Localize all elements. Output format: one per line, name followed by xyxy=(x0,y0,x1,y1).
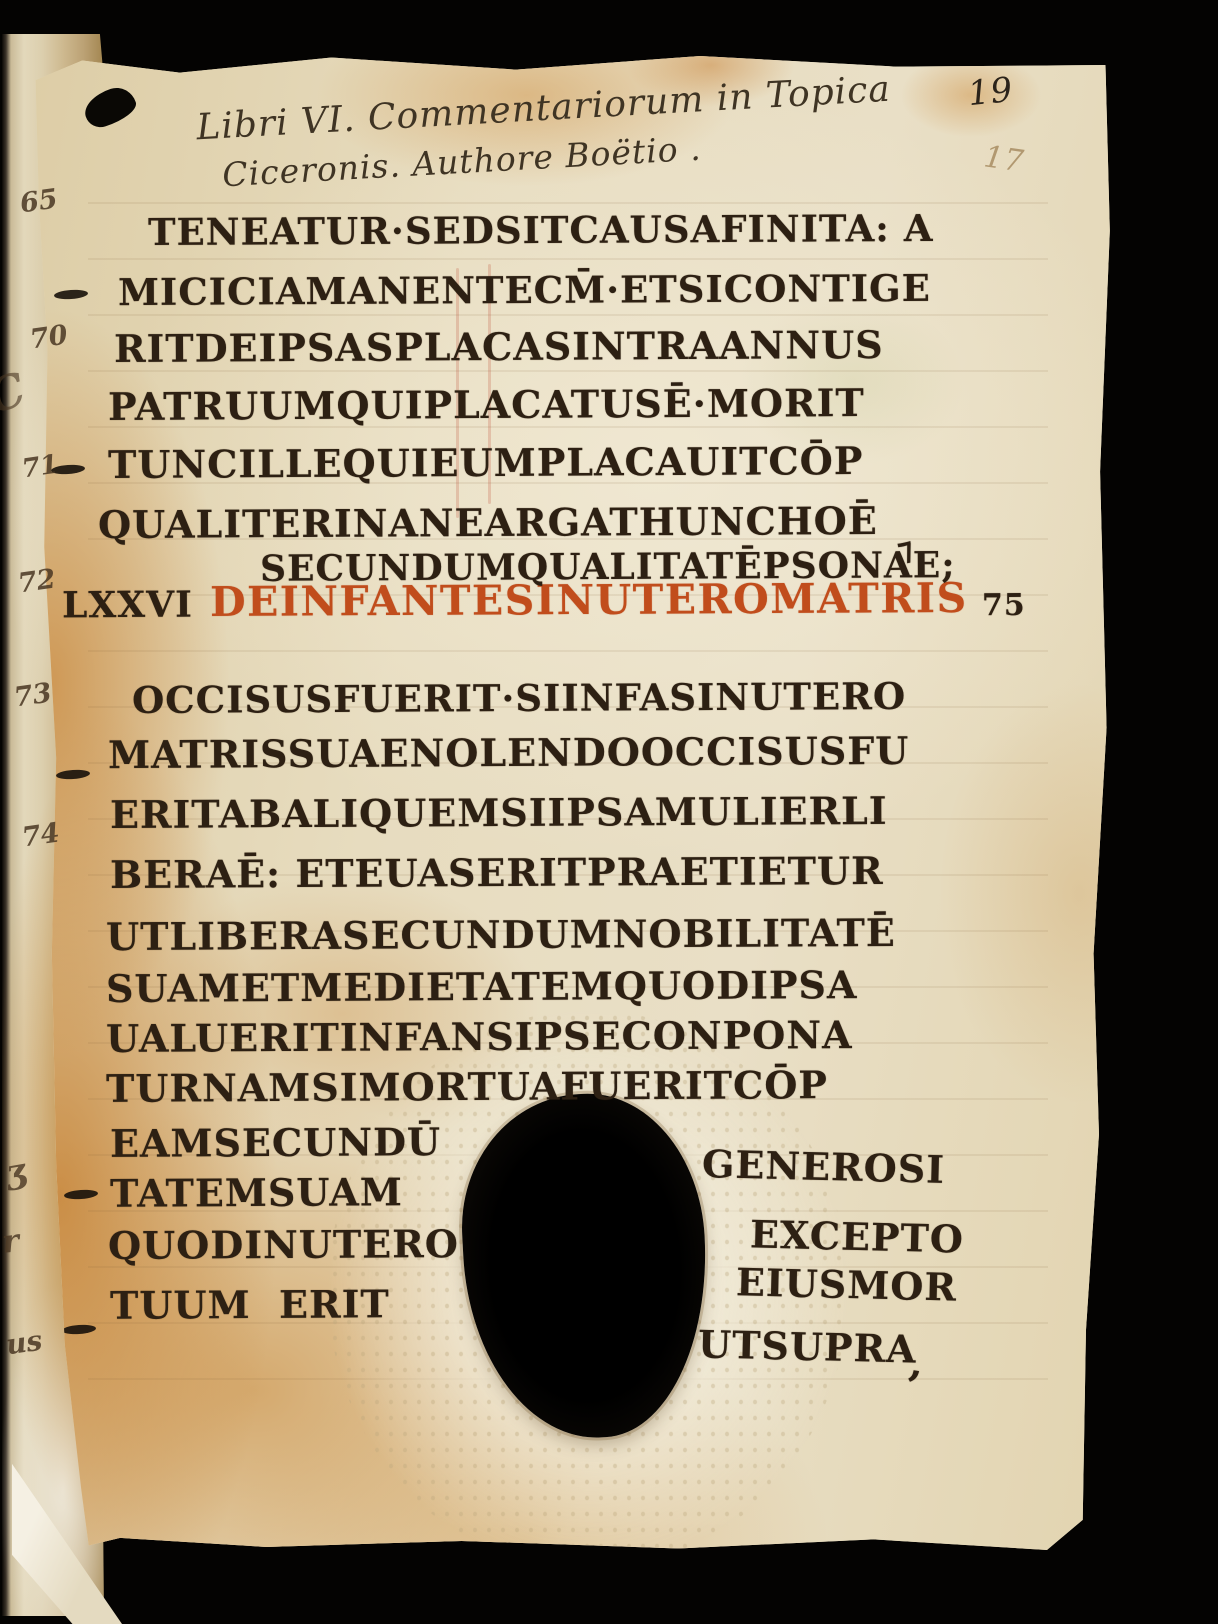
stub-margin-note: 65 xyxy=(18,184,60,220)
sewing-slit xyxy=(54,289,89,300)
page-number: 19 xyxy=(966,70,1015,115)
manuscript-line: GENEROSI xyxy=(701,1141,945,1192)
manuscript-line: OCCISUSFUERIT·SIINFASINUTERO xyxy=(132,674,906,722)
faint-page-number: 17 xyxy=(982,139,1027,179)
ink-blot xyxy=(80,83,140,131)
manuscript-line: SUAMETMEDIETATEMQUODIPSA xyxy=(106,962,858,1011)
manuscript-line: TUNCILLEQUIEUMPLACAUITCŌP xyxy=(108,438,864,487)
rubric-margin-number: 75 xyxy=(982,588,1026,623)
manuscript-line: RITDEIPSASPLACASINTRAANNUS xyxy=(114,322,884,371)
manuscript-line: EIUSMOR xyxy=(735,1259,957,1309)
manuscript-line: QUALITERINANEARGATHUNCHOĒ xyxy=(98,498,878,547)
manuscript-line: TURNAMSIMORTUAFUERITCŌP xyxy=(106,1062,828,1111)
stub-margin-note: 72 xyxy=(16,564,58,600)
manuscript-line: UTLIBERASECUNDUMNOBILITATĒ xyxy=(106,910,896,959)
manuscript-line: EAMSECUNDŪ xyxy=(110,1119,441,1166)
sewing-slit xyxy=(56,769,91,780)
manuscript-line: TUUM ERIT xyxy=(110,1281,390,1327)
manuscript-line: PATRUUMQUIPLACATUSĒ·MORIT xyxy=(108,380,865,429)
manuscript-line: UTSUPRA xyxy=(697,1321,917,1371)
manuscript-line: ERITABALIQUEMSIIPSAMULIERLI xyxy=(110,788,888,837)
manuscript-photo: Libri VI. Commentariorum in Topica Cicer… xyxy=(0,0,1218,1624)
manuscript-line: TENEATUR·SEDSITCAUSAFINITA: A xyxy=(148,206,934,254)
stub-margin-note: 74 xyxy=(20,818,62,854)
manuscript-line: MICICIAMANENTECM̄·ETSICONTIGE xyxy=(118,266,931,314)
stub-margin-note: 71 xyxy=(20,450,60,485)
manuscript-line: MATRISSUAENOLENDOOCCISUSFU xyxy=(108,728,910,777)
manuscript-line: EXCEPTO xyxy=(749,1211,964,1261)
manuscript-line: UALUERITINFANSIPSECONPONA xyxy=(106,1012,853,1061)
stub-margin-note: 73 xyxy=(12,678,54,714)
stub-margin-note: us xyxy=(4,1324,44,1362)
manuscript-line: SECUNDUMQUALITATĒPSONAE; xyxy=(260,544,956,590)
manuscript-line: QUODINUTERO xyxy=(108,1221,459,1268)
chapter-number: LXXVI xyxy=(62,584,193,627)
manuscript-line: BERAĒ: ETEUASERITPRAETIETUR xyxy=(110,848,884,897)
stub-margin-note: 70 xyxy=(28,320,70,356)
stub-margin-note: r xyxy=(0,1221,21,1261)
manuscript-line: TATEMSUAM xyxy=(110,1169,403,1216)
